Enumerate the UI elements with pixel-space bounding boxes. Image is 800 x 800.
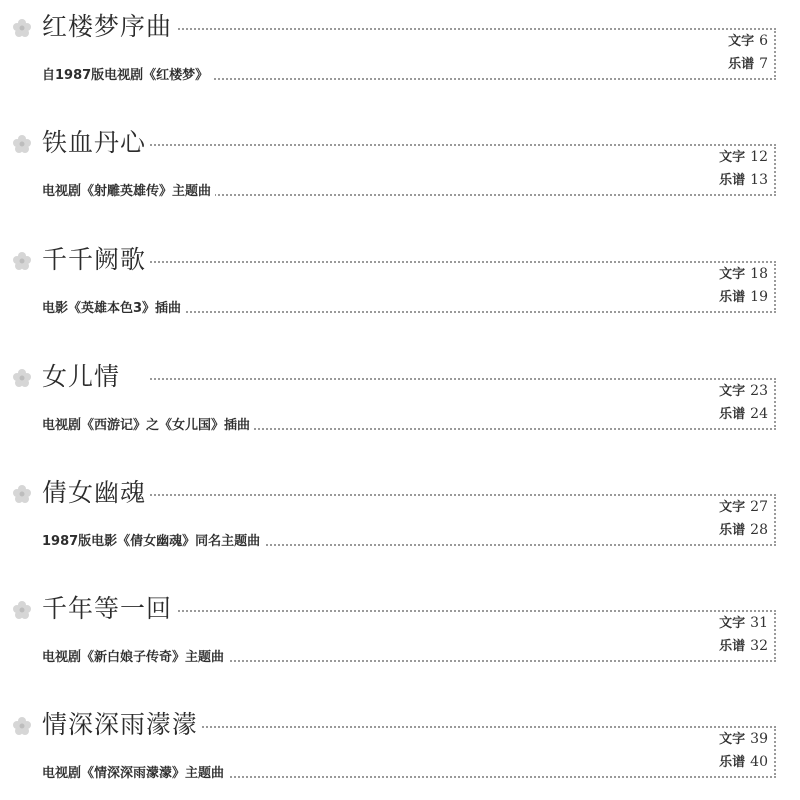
score-page: 24 bbox=[750, 406, 768, 422]
flower-icon bbox=[12, 368, 32, 388]
flower-icon bbox=[12, 484, 32, 504]
lyrics-page-row[interactable]: 文字18 bbox=[719, 263, 768, 286]
song-subtitle: 电视剧《射雕英雄传》主题曲 bbox=[42, 182, 215, 202]
lyrics-page: 12 bbox=[750, 149, 768, 165]
score-label: 乐谱 bbox=[719, 639, 745, 654]
dotted-leader-box bbox=[150, 610, 776, 662]
lyrics-page-row[interactable]: 文字39 bbox=[719, 728, 768, 751]
song-title: 千年等一回 bbox=[42, 592, 176, 626]
toc-entry[interactable]: 红楼梦序曲 自1987版电视剧《红楼梦》 文字6 乐谱7 bbox=[0, 10, 800, 110]
toc-entry[interactable]: 铁血丹心 电视剧《射雕英雄传》主题曲 文字12 乐谱13 bbox=[0, 126, 800, 226]
score-page: 7 bbox=[759, 56, 768, 72]
score-label: 乐谱 bbox=[719, 755, 745, 770]
score-label: 乐谱 bbox=[728, 57, 754, 72]
lyrics-page-row[interactable]: 文字27 bbox=[719, 496, 768, 519]
flower-icon bbox=[12, 251, 32, 271]
song-title: 红楼梦序曲 bbox=[42, 10, 176, 44]
flower-icon bbox=[12, 600, 32, 620]
toc-entry[interactable]: 女儿情 电视剧《西游记》之《女儿国》插曲 文字23 乐谱24 bbox=[0, 360, 800, 460]
score-page-row[interactable]: 乐谱40 bbox=[719, 751, 768, 774]
lyrics-label: 文字 bbox=[719, 732, 745, 747]
lyrics-page-row[interactable]: 文字12 bbox=[719, 146, 768, 169]
song-subtitle: 电影《英雄本色3》插曲 bbox=[42, 299, 185, 319]
lyrics-page: 6 bbox=[759, 33, 768, 49]
score-page-row[interactable]: 乐谱28 bbox=[719, 519, 768, 542]
song-title: 千千阙歌 bbox=[42, 243, 150, 277]
dotted-leader-box bbox=[150, 261, 776, 313]
flower-icon bbox=[12, 716, 32, 736]
score-page: 13 bbox=[750, 172, 768, 188]
lyrics-label: 文字 bbox=[719, 616, 745, 631]
song-title: 女儿情 bbox=[42, 360, 124, 394]
page-numbers: 文字31 乐谱32 bbox=[719, 612, 768, 658]
song-title: 铁血丹心 bbox=[42, 126, 150, 160]
score-page-row[interactable]: 乐谱24 bbox=[719, 403, 768, 426]
score-page: 32 bbox=[750, 638, 768, 654]
dotted-leader-box bbox=[150, 726, 776, 778]
toc-entry[interactable]: 情深深雨濛濛 电视剧《情深深雨濛濛》主题曲 文字39 乐谱40 bbox=[0, 708, 800, 800]
score-page-row[interactable]: 乐谱7 bbox=[728, 53, 768, 76]
lyrics-label: 文字 bbox=[719, 150, 745, 165]
lyrics-label: 文字 bbox=[719, 384, 745, 399]
page-numbers: 文字27 乐谱28 bbox=[719, 496, 768, 542]
song-title: 倩女幽魂 bbox=[42, 476, 150, 510]
page-numbers: 文字12 乐谱13 bbox=[719, 146, 768, 192]
lyrics-label: 文字 bbox=[719, 500, 745, 515]
page-numbers: 文字6 乐谱7 bbox=[728, 30, 768, 76]
score-page-row[interactable]: 乐谱19 bbox=[719, 286, 768, 309]
score-page: 28 bbox=[750, 522, 768, 538]
lyrics-page: 18 bbox=[750, 266, 768, 282]
song-title: 情深深雨濛濛 bbox=[42, 708, 202, 742]
page-numbers: 文字23 乐谱24 bbox=[719, 380, 768, 426]
flower-icon bbox=[12, 134, 32, 154]
lyrics-label: 文字 bbox=[719, 267, 745, 282]
page-numbers: 文字39 乐谱40 bbox=[719, 728, 768, 774]
lyrics-page: 23 bbox=[750, 383, 768, 399]
lyrics-page: 31 bbox=[750, 615, 768, 631]
song-subtitle: 电视剧《西游记》之《女儿国》插曲 bbox=[42, 416, 254, 436]
toc-entry[interactable]: 千千阙歌 电影《英雄本色3》插曲 文字18 乐谱19 bbox=[0, 243, 800, 343]
dotted-leader-box bbox=[150, 144, 776, 196]
score-label: 乐谱 bbox=[719, 523, 745, 538]
lyrics-page: 39 bbox=[750, 731, 768, 747]
score-label: 乐谱 bbox=[719, 407, 745, 422]
toc-entry[interactable]: 倩女幽魂 1987版电影《倩女幽魂》同名主题曲 文字27 乐谱28 bbox=[0, 476, 800, 576]
score-page-row[interactable]: 乐谱32 bbox=[719, 635, 768, 658]
score-label: 乐谱 bbox=[719, 290, 745, 305]
score-label: 乐谱 bbox=[719, 173, 745, 188]
lyrics-page-row[interactable]: 文字6 bbox=[728, 30, 768, 53]
song-subtitle: 电视剧《新白娘子传奇》主题曲 bbox=[42, 648, 228, 668]
song-subtitle: 电视剧《情深深雨濛濛》主题曲 bbox=[42, 764, 228, 784]
score-page-row[interactable]: 乐谱13 bbox=[719, 169, 768, 192]
lyrics-page: 27 bbox=[750, 499, 768, 515]
dotted-leader-box bbox=[150, 28, 776, 80]
toc-entry[interactable]: 千年等一回 电视剧《新白娘子传奇》主题曲 文字31 乐谱32 bbox=[0, 592, 800, 692]
score-page: 19 bbox=[750, 289, 768, 305]
lyrics-page-row[interactable]: 文字23 bbox=[719, 380, 768, 403]
flower-icon bbox=[12, 18, 32, 38]
song-subtitle: 1987版电影《倩女幽魂》同名主题曲 bbox=[42, 532, 264, 552]
lyrics-label: 文字 bbox=[728, 34, 754, 49]
song-subtitle: 自1987版电视剧《红楼梦》 bbox=[42, 66, 212, 86]
score-page: 40 bbox=[750, 754, 768, 770]
page-numbers: 文字18 乐谱19 bbox=[719, 263, 768, 309]
lyrics-page-row[interactable]: 文字31 bbox=[719, 612, 768, 635]
